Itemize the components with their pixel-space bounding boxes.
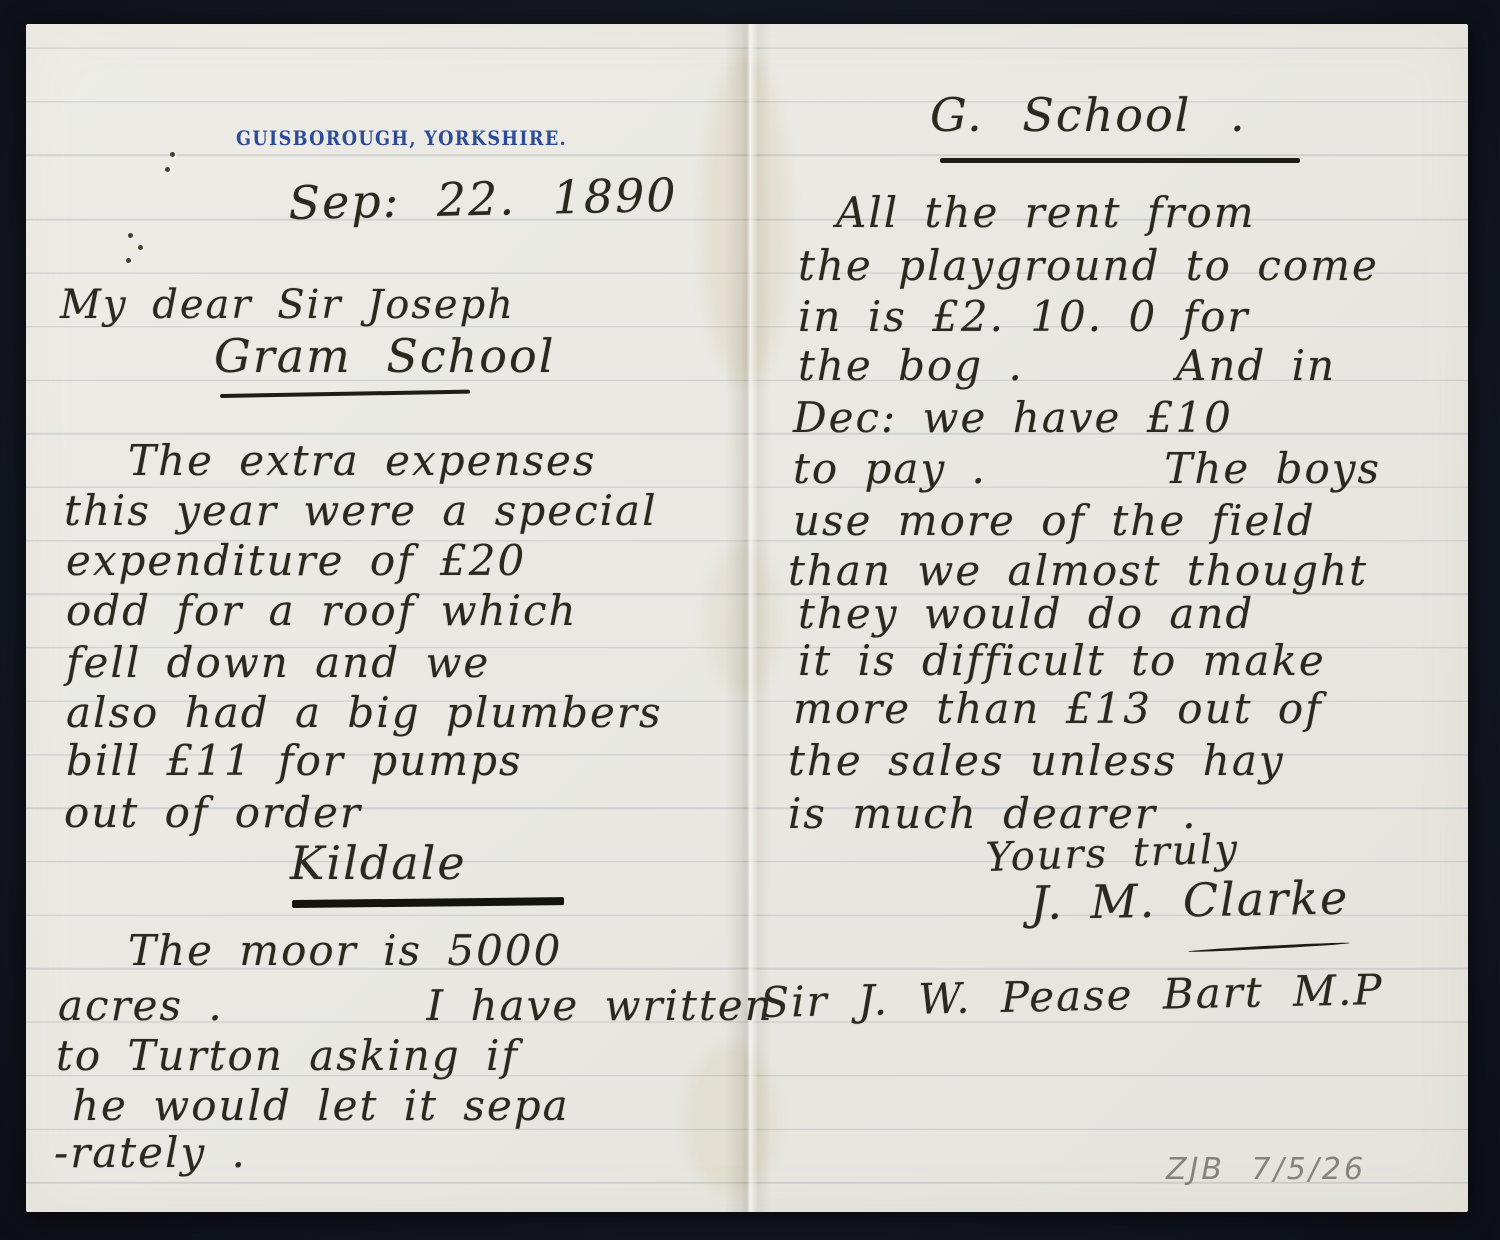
body-line: the bog . And in <box>798 345 1336 387</box>
pin-hole <box>165 167 170 172</box>
body-line: this year were a special <box>64 490 658 532</box>
archive-note: ZJB 7/5/26 <box>1166 1152 1366 1187</box>
body-line: he would let it sepa <box>72 1085 570 1127</box>
body-line: The extra expenses <box>128 440 596 482</box>
section-heading-kildale: Kildale <box>290 840 467 886</box>
body-line: All the rent from <box>836 192 1256 234</box>
section-heading-gram-school: Gram School <box>214 333 555 379</box>
body-line: bill £11 for pumps <box>66 740 523 782</box>
body-line: -rately . <box>54 1132 247 1174</box>
fold-notch <box>688 0 752 14</box>
body-line: the playground to come <box>798 245 1379 287</box>
signature: J. M. Clarke <box>1030 874 1350 926</box>
letter-photograph: GUISBOROUGH, YORKSHIRE. Sep: 22. 1890 My… <box>0 0 1500 1240</box>
pin-hole <box>126 258 131 263</box>
body-line: they would do and <box>798 593 1254 635</box>
body-line: acres . I have written <box>58 985 774 1027</box>
body-line: out of order <box>64 792 362 834</box>
pin-hole <box>170 152 175 157</box>
body-line: more than £13 out of <box>793 688 1323 730</box>
salutation-line: My dear Sir Joseph <box>60 285 515 325</box>
date-line: Sep: 22. 1890 <box>288 172 678 226</box>
pin-hole <box>138 245 143 250</box>
addressee-line: Sir J. W. Pease Bart M.P <box>760 969 1384 1024</box>
heading-underline <box>940 158 1300 163</box>
body-line: the sales unless hay <box>788 740 1285 782</box>
pin-hole <box>128 233 133 238</box>
body-line: to pay . The boys <box>793 448 1381 490</box>
body-line: in is £2. 10. 0 for <box>798 296 1249 338</box>
section-heading-school: G. School . <box>930 92 1247 138</box>
body-line: also had a big plumbers <box>66 692 663 734</box>
body-line: Dec: we have £10 <box>793 397 1233 439</box>
closing-line: Yours truly <box>985 829 1240 878</box>
body-line: to Turton asking if <box>56 1035 519 1077</box>
body-line: The moor is 5000 <box>128 930 562 972</box>
fold-crease <box>725 24 771 1212</box>
body-line: odd for a roof which <box>66 590 578 632</box>
letterhead: GUISBOROUGH, YORKSHIRE. <box>236 126 567 150</box>
body-line: expenditure of £20 <box>66 540 526 582</box>
body-line: than we almost thought <box>788 550 1368 592</box>
body-line: fell down and we <box>66 642 490 684</box>
body-line: it is difficult to make <box>798 640 1326 682</box>
body-line: use more of the field <box>793 500 1316 542</box>
